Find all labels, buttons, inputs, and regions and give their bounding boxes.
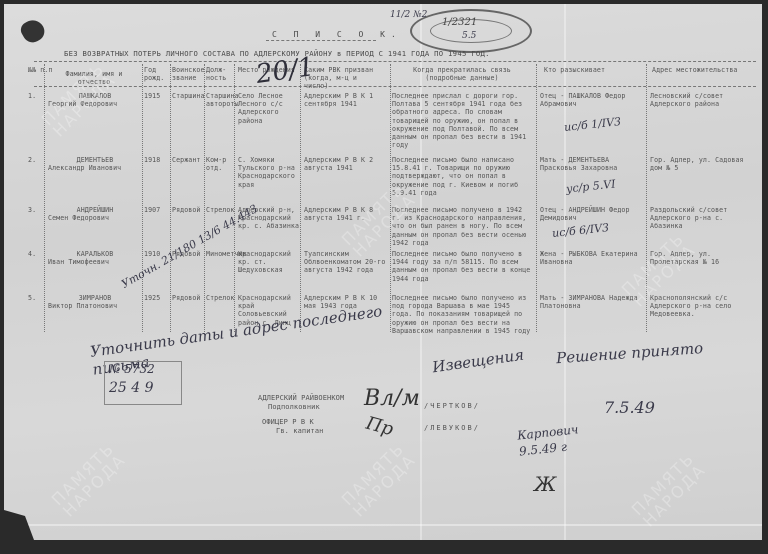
- cell-rank: Рядовой: [172, 294, 204, 302]
- cell-position: Стрелок: [206, 294, 234, 302]
- cell-searcher: Отец - ПАШКАЛОВ Федор Абрамович: [540, 92, 644, 108]
- signature-officer-line1: ОФИЦЕР Р В К: [262, 418, 314, 426]
- cell-given-name: Виктор Платонович: [48, 302, 142, 310]
- cell-position: Старшина автороты: [206, 92, 234, 108]
- signature-name-1: /ЧЕРТКОВ/: [424, 402, 480, 410]
- cell-drafted: Туапсинским Облвоенкоматом 20-го августа…: [304, 250, 388, 275]
- cell-address: Раздольский с/совет Адлерского р-на с. А…: [650, 206, 758, 231]
- cell-surname: КАРАЛЬКОВ: [48, 250, 142, 258]
- cell-address: Гор. Адлер, ул. Садовая дом № 5: [650, 156, 758, 172]
- col-header-rank: Воинское звание: [172, 66, 204, 82]
- cell-position: Стрелок: [206, 206, 234, 214]
- col-header-year: Год рожд.: [144, 66, 172, 82]
- handwritten-decision: Решение принято: [556, 339, 707, 367]
- cell-given-name: Иван Тимофеевич: [48, 258, 142, 266]
- cell-num: 1.: [28, 92, 44, 100]
- cell-year: 1915: [144, 92, 170, 100]
- ink-blot: [18, 16, 48, 46]
- cell-drafted: Адлерским Р В К 1 сентября 1941: [304, 92, 388, 108]
- cell-rank: Рядовой: [172, 206, 204, 214]
- signature-org-line2: Подполковник: [268, 403, 320, 411]
- watermark: ПАМЯТЬ НАРОДА: [336, 437, 422, 523]
- registration-number: № 5732: [109, 362, 155, 376]
- handwritten-bottom-note: Карпович 9.5.49 г: [517, 420, 590, 459]
- col-header-searcher: Кто разыскивает: [544, 66, 644, 74]
- signature-name-2: /ЛЕВУКОВ/: [424, 424, 480, 432]
- cell-searcher: Жена - РЫБКОВА Екатерина Ивановна: [540, 250, 644, 266]
- col-header-drafted: Каким РВК призван (когда, м-ц и число): [304, 66, 384, 91]
- cell-searcher: Мать - ДЕМЕНТЬЕВА Прасковья Захаровна: [540, 156, 644, 172]
- handwritten-date: 7.5.49: [604, 398, 655, 417]
- cell-lost-contact: Последнее письмо было получено из под го…: [392, 294, 534, 335]
- cell-num: 2.: [28, 156, 44, 164]
- cell-surname: ЗИМРАНОВ: [48, 294, 142, 302]
- watermark: ПАМЯТЬ НАРОДА: [626, 447, 712, 533]
- col-header-lost-contact: Когда прекратилась связь (подробные данн…: [392, 66, 532, 82]
- handwritten-annotation: ус/р 5.VI: [565, 177, 616, 195]
- fold-line: [564, 4, 566, 540]
- watermark: ПАМЯТЬ НАРОДА: [46, 437, 132, 523]
- cell-birthplace: С. Хомяки Тульского р-на Краснодарского …: [238, 156, 300, 189]
- col-header-address: Адрес местожительства: [652, 66, 760, 74]
- handwritten-notifications: Извещения: [431, 346, 525, 377]
- cell-num: 5.: [28, 294, 44, 302]
- incoming-stamp: 1/2321 5.5: [410, 9, 532, 53]
- registration-box: № 5732 25 4 9: [104, 361, 182, 405]
- cell-given-name: Семен Федорович: [48, 214, 142, 222]
- cell-year: 1918: [144, 156, 170, 164]
- cell-address: Краснополянский с/с Адлерского р-на село…: [650, 294, 758, 319]
- cell-surname: ДЕМЕНТЬЕВ: [48, 156, 142, 164]
- cell-given-name: Александр Иванович: [48, 164, 142, 172]
- cell-address: Лесновский с/совет Адлерского района: [650, 92, 758, 108]
- cell-lost-contact: Последнее письмо получено в 1942 г. из К…: [392, 206, 534, 247]
- signature-scrawl: Пр: [364, 413, 396, 440]
- cell-rank: Старшина: [172, 92, 204, 100]
- stamp-top-mark: 11/2 №2: [390, 10, 427, 20]
- cell-lost-contact: Последнее прислал с дороги гор. Полтава …: [392, 92, 534, 149]
- cell-num: 3.: [28, 206, 44, 214]
- cell-birthplace: Краснодарский кр. ст. Шедуховская: [238, 250, 300, 275]
- cell-lost-contact: Последнее письмо было получено в 1944 го…: [392, 250, 534, 283]
- cell-num: 4.: [28, 250, 44, 258]
- archive-document: 1/2321 5.5 11/2 №2 С П И С О К. БЕЗ ВОЗВ…: [4, 4, 762, 540]
- cell-birthplace: Село Лесное Лесного с/с Адлерского район…: [238, 92, 300, 125]
- signature-org-line1: АДЛЕРСКИЙ РАЙВОЕНКОМ: [258, 394, 344, 402]
- signature-scrawl: Ж: [534, 472, 556, 496]
- cell-surname: АНДРЕЙШИН: [48, 206, 142, 214]
- cell-year: 1907: [144, 206, 170, 214]
- cell-position: Минометчик: [206, 250, 234, 258]
- handwritten-annotation: ис/б 1/IV3: [563, 115, 621, 134]
- col-header-position: Долж-ность: [206, 66, 234, 82]
- cell-searcher: Отец - АНДРЕЙШИН Федор Демидович: [540, 206, 644, 222]
- registration-date: 25 4 9: [109, 380, 154, 396]
- cell-position: Ком-р отд.: [206, 156, 234, 172]
- cell-drafted: Адлерским Р В К 2 августа 1941: [304, 156, 388, 172]
- handwritten-annotation: ис/б 6/IV3: [551, 221, 609, 240]
- stamp-date: 5.5: [462, 31, 476, 41]
- cell-rank: Сержант: [172, 156, 204, 164]
- col-header-num: №№ п.п: [28, 66, 44, 74]
- cell-year: 1925: [144, 294, 170, 302]
- stamp-number: 1/2321: [442, 17, 477, 28]
- signature-scrawl: Вл/м: [364, 386, 420, 411]
- page-title: С П И С О К.: [272, 30, 402, 39]
- signature-officer-line2: Гв. капитан: [276, 427, 323, 435]
